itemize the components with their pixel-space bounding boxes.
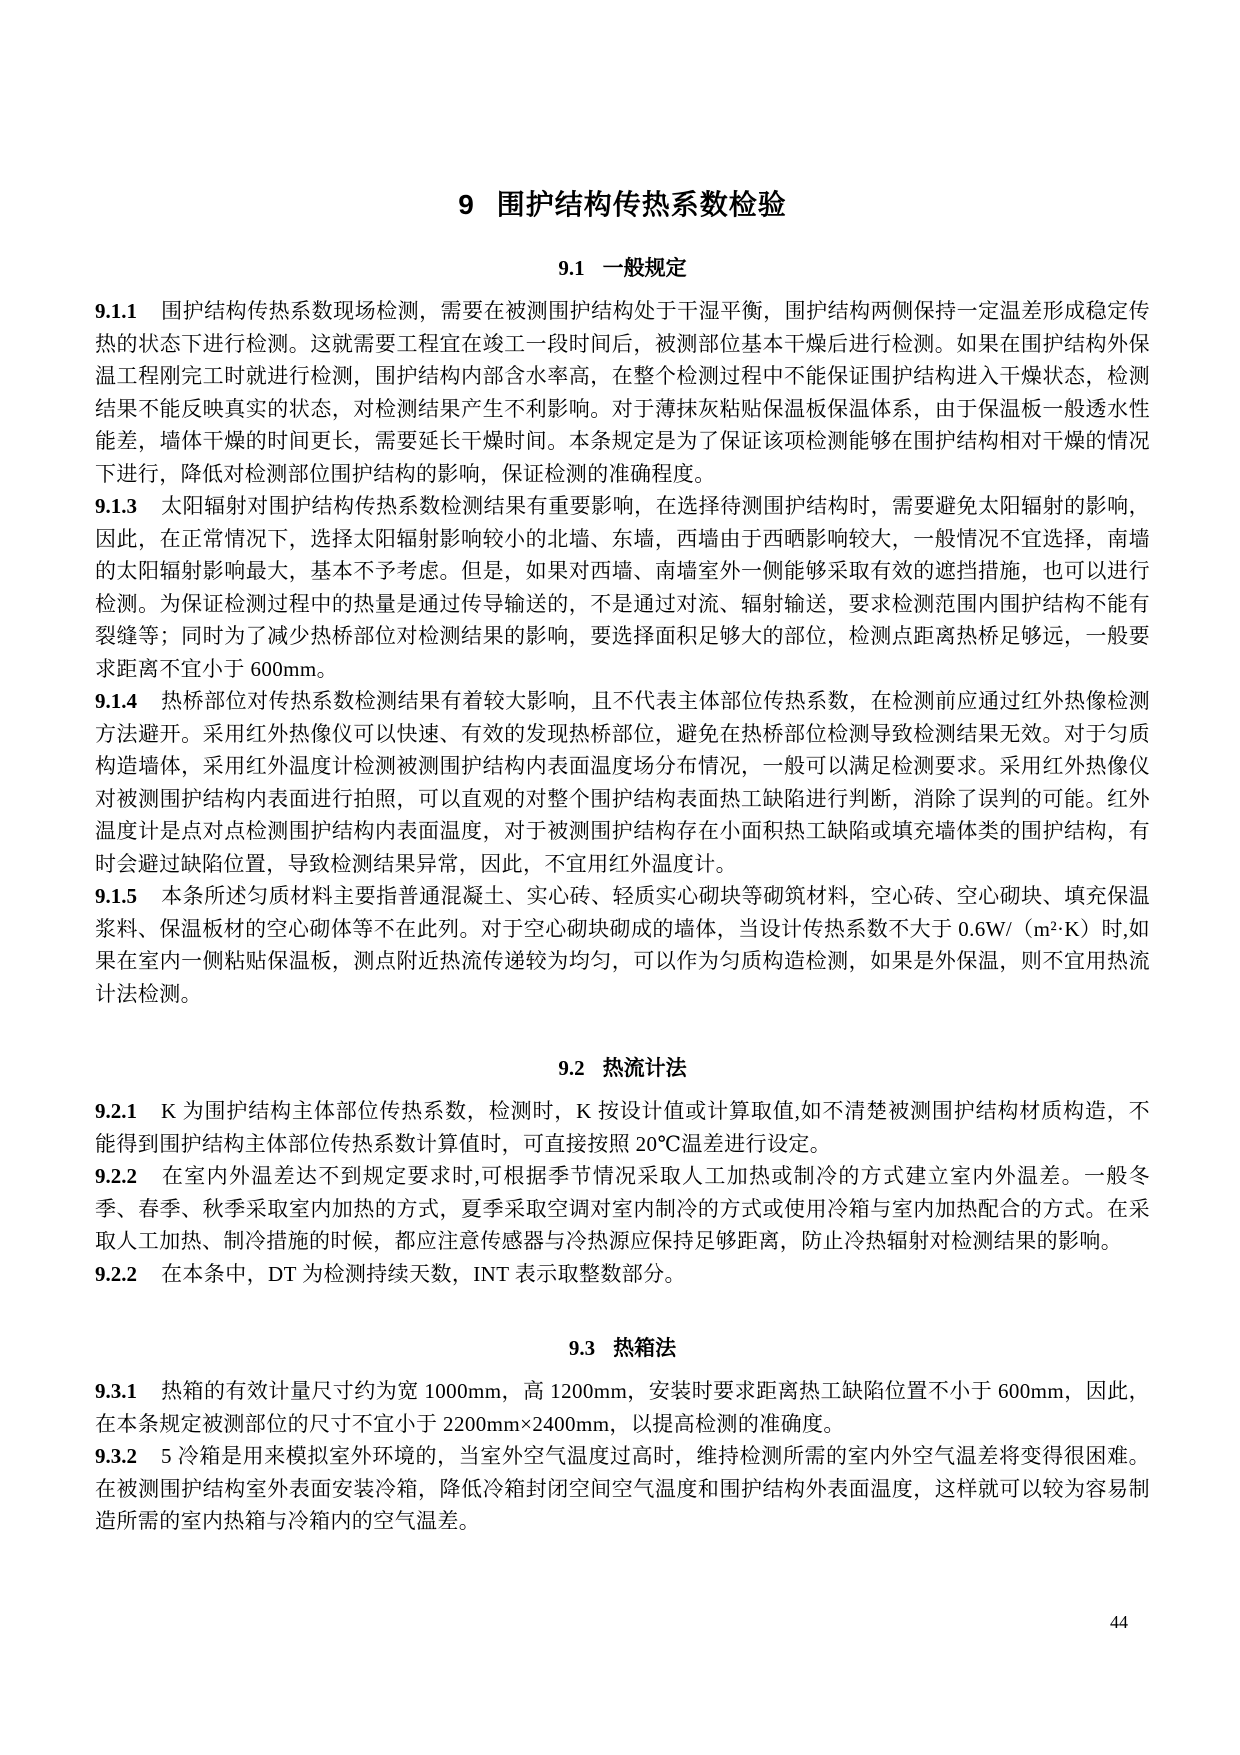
paragraph-9-2-2b: 9.2.2在本条中，DT 为检测持续天数，INT 表示取整数部分。 xyxy=(95,1258,1150,1291)
paragraph-9-1-1: 9.1.1围护结构传热系数现场检测，需要在被测围护结构处于干湿平衡，围护结构两侧… xyxy=(95,295,1150,490)
paragraph-text: 热桥部位对传热系数检测结果有着较大影响，且不代表主体部位传热系数，在检测前应通过… xyxy=(95,689,1150,876)
paragraph-9-1-3: 9.1.3太阳辐射对围护结构传热系数检测结果有重要影响，在选择待测围护结构时，需… xyxy=(95,490,1150,685)
section-9-3-body: 9.3.1热箱的有效计量尺寸约为宽 1000mm，高 1200mm，安装时要求距… xyxy=(95,1375,1150,1538)
paragraph-9-1-5: 9.1.5本条所述匀质材料主要指普通混凝土、实心砖、轻质实心砌块等砌筑材料，空心… xyxy=(95,880,1150,1010)
section-label: 热流计法 xyxy=(603,1057,687,1080)
paragraph-9-3-2: 9.3.25 冷箱是用来模拟室外环境的，当室外空气温度过高时，维持检测所需的室内… xyxy=(95,1440,1150,1538)
section-9-2-body: 9.2.1K 为围护结构主体部位传热系数，检测时，K 按设计值或计算取值,如不清… xyxy=(95,1095,1150,1290)
paragraph-number: 9.3.2 xyxy=(95,1444,137,1468)
document-page: 9围护结构传热系数检验 9.1一般规定 9.1.1围护结构传热系数现场检测，需要… xyxy=(0,0,1240,1755)
paragraph-number: 9.2.1 xyxy=(95,1099,137,1123)
paragraph-text: 太阳辐射对围护结构传热系数检测结果有重要影响，在选择待测围护结构时，需要避免太阳… xyxy=(95,494,1150,681)
chapter-title: 9围护结构传热系数检验 xyxy=(95,190,1150,220)
section-label: 一般规定 xyxy=(603,257,687,280)
paragraph-number: 9.2.2 xyxy=(95,1262,137,1286)
section-9-1-body: 9.1.1围护结构传热系数现场检测，需要在被测围护结构处于干湿平衡，围护结构两侧… xyxy=(95,295,1150,1010)
paragraph-text: 在室内外温差达不到规定要求时,可根据季节情况采取人工加热或制冷的方式建立室内外温… xyxy=(95,1164,1150,1253)
paragraph-9-2-1: 9.2.1K 为围护结构主体部位传热系数，检测时，K 按设计值或计算取值,如不清… xyxy=(95,1095,1150,1160)
paragraph-number: 9.1.3 xyxy=(95,494,137,518)
section-number: 9.3 xyxy=(569,1336,595,1360)
paragraph-text: 热箱的有效计量尺寸约为宽 1000mm，高 1200mm，安装时要求距离热工缺陷… xyxy=(95,1379,1150,1436)
paragraph-text: 本条所述匀质材料主要指普通混凝土、实心砖、轻质实心砌块等砌筑材料，空心砖、空心砌… xyxy=(95,884,1150,1006)
chapter-number: 9 xyxy=(458,189,475,220)
paragraph-number: 9.1.1 xyxy=(95,299,137,323)
paragraph-number: 9.3.1 xyxy=(95,1379,137,1403)
paragraph-9-1-4: 9.1.4热桥部位对传热系数检测结果有着较大影响，且不代表主体部位传热系数，在检… xyxy=(95,685,1150,880)
paragraph-text: 5 冷箱是用来模拟室外环境的，当室外空气温度过高时，维持检测所需的室内外空气温差… xyxy=(95,1444,1150,1533)
section-number: 9.1 xyxy=(558,256,584,280)
section-number: 9.2 xyxy=(558,1056,584,1080)
section-heading-9-1: 9.1一般规定 xyxy=(95,256,1150,281)
page-content: 9围护结构传热系数检验 9.1一般规定 9.1.1围护结构传热系数现场检测，需要… xyxy=(95,0,1150,1538)
paragraph-number: 9.1.4 xyxy=(95,689,137,713)
paragraph-9-2-2: 9.2.2在室内外温差达不到规定要求时,可根据季节情况采取人工加热或制冷的方式建… xyxy=(95,1160,1150,1258)
paragraph-number: 9.1.5 xyxy=(95,884,137,908)
paragraph-text: K 为围护结构主体部位传热系数，检测时，K 按设计值或计算取值,如不清楚被测围护… xyxy=(95,1099,1150,1156)
section-heading-9-3: 9.3热箱法 xyxy=(95,1336,1150,1361)
paragraph-9-3-1: 9.3.1热箱的有效计量尺寸约为宽 1000mm，高 1200mm，安装时要求距… xyxy=(95,1375,1150,1440)
section-heading-9-2: 9.2热流计法 xyxy=(95,1056,1150,1081)
paragraph-text: 在本条中，DT 为检测持续天数，INT 表示取整数部分。 xyxy=(161,1262,686,1286)
paragraph-number: 9.2.2 xyxy=(95,1164,137,1188)
chapter-title-text: 围护结构传热系数检验 xyxy=(497,189,787,220)
section-label: 热箱法 xyxy=(613,1337,676,1360)
page-number: 44 xyxy=(1110,1612,1128,1633)
paragraph-text: 围护结构传热系数现场检测，需要在被测围护结构处于干湿平衡，围护结构两侧保持一定温… xyxy=(95,299,1150,486)
